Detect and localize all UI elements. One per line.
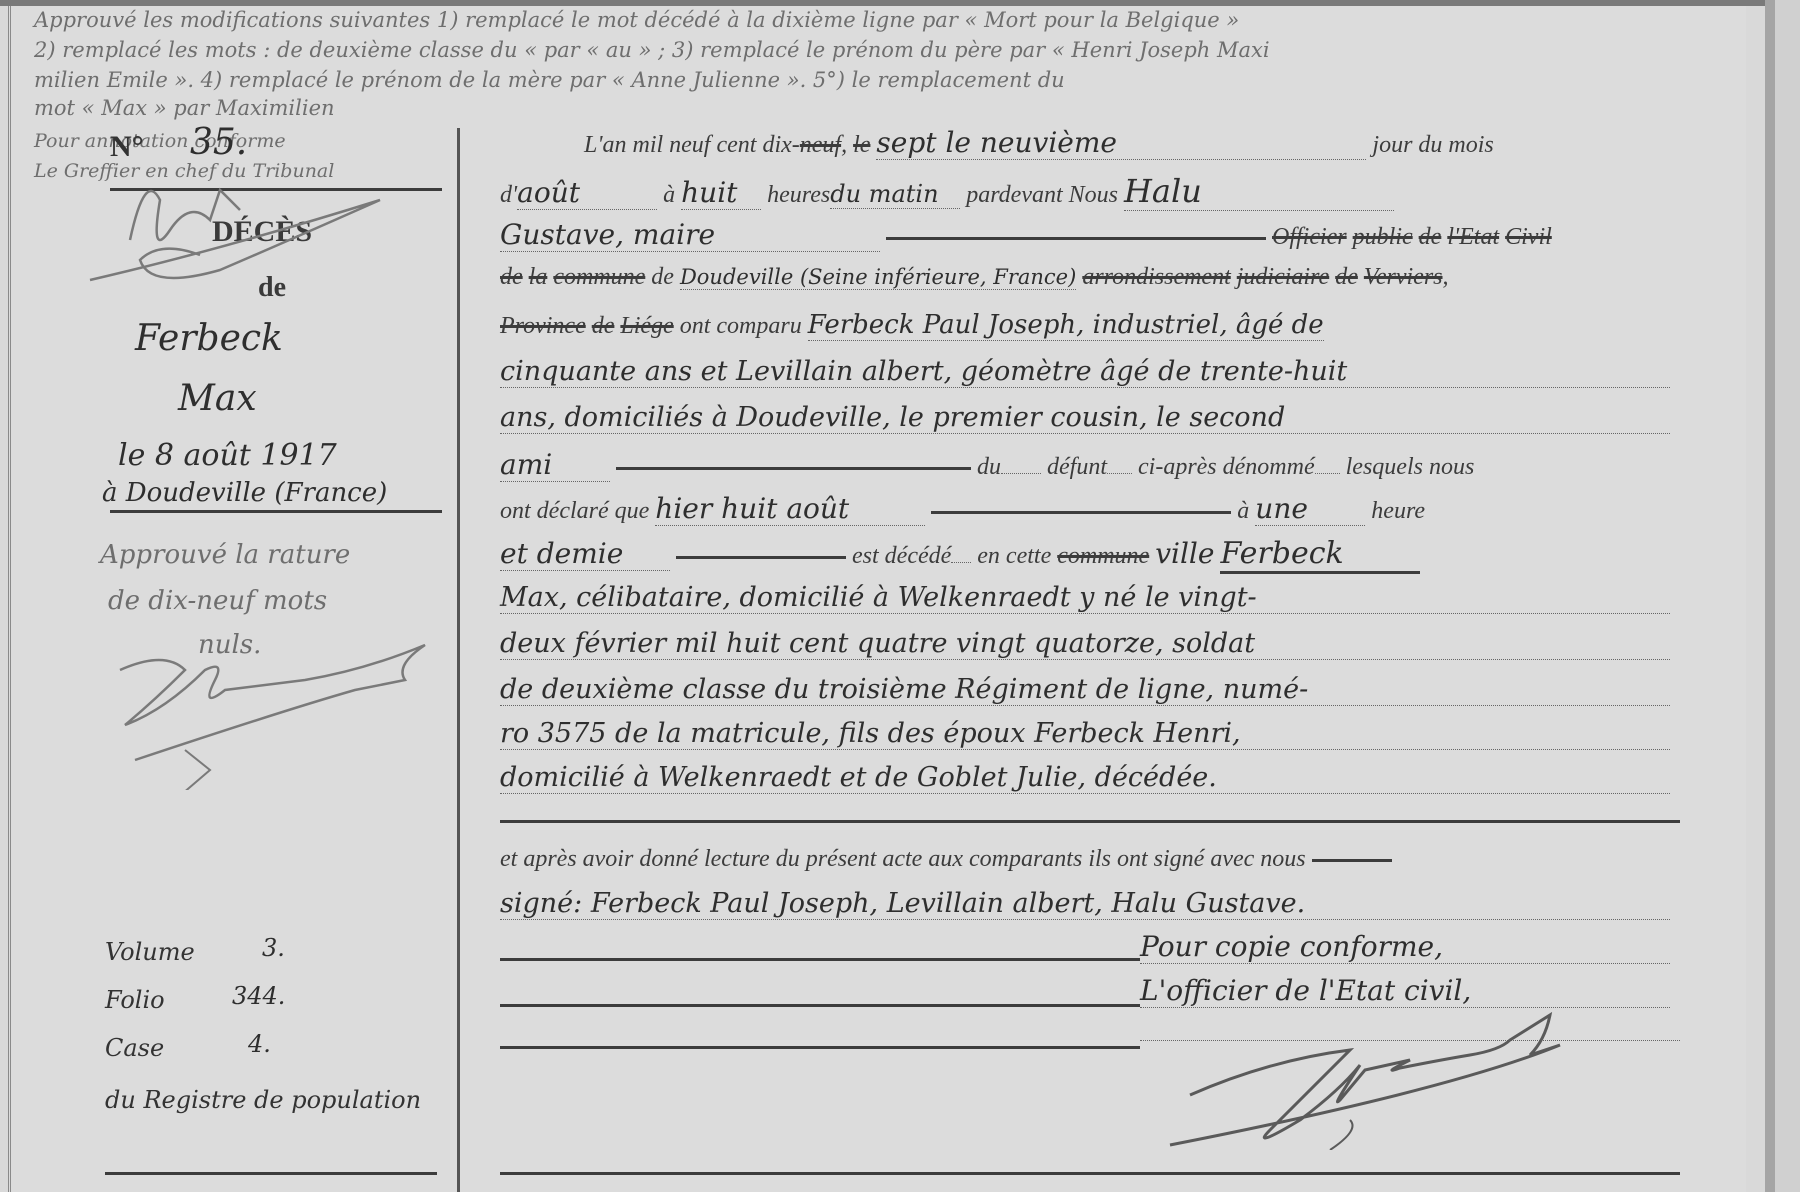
greffier-signature [70, 160, 390, 310]
act-line-2: d'août à huit heuresdu matin pardevant N… [500, 172, 1394, 211]
handwritten-entry: deux février mil huit cent quatre vingt … [500, 628, 1670, 660]
fill-rule [886, 237, 1266, 240]
act-line-13: de deuxième classe du troisième Régiment… [500, 674, 1670, 706]
struck-text: Province [500, 313, 586, 339]
printed-text: d' [500, 182, 517, 208]
fill-rule [676, 556, 846, 559]
register-label: du Registre de population [105, 1086, 421, 1114]
struck-text: de [1335, 264, 1358, 290]
printed-text: lesquels nous [1346, 454, 1475, 480]
place-underline [110, 510, 442, 513]
handwritten-entry: Pour copie conforme, [1140, 930, 1670, 964]
printed-text: est décédé [852, 543, 951, 569]
marginal-annotation-line-4: mot « Max » par Maximilien [34, 96, 335, 120]
struck-text: commune [1057, 543, 1149, 569]
handwritten-entry: ville [1155, 537, 1214, 570]
printed-text: heure [1371, 498, 1425, 524]
act-line-18: Pour copie conforme, [1140, 930, 1670, 964]
fill-rule [500, 958, 1140, 961]
officer-signature [1150, 1000, 1650, 1150]
act-line-4: de la commune de Doudeville (Seine infér… [500, 264, 1449, 291]
handwritten-entry: huit [681, 176, 761, 210]
handwritten-entry: Halu [1124, 172, 1394, 211]
act-line-11: Max, célibataire, domicilié à Welkenraed… [500, 582, 1670, 614]
printed-text: L'an mil neuf cent dix- [584, 132, 800, 158]
fill-rule [616, 467, 971, 470]
act-line-6: cinquante ans et Levillain albert, géomè… [500, 356, 1670, 388]
marginal-annotation-line-1: Approuvé les modifications suivantes 1) … [34, 8, 1239, 32]
handwritten-entry: du matin [830, 180, 960, 209]
act-line-10: et demie est décédé en cette commune vil… [500, 536, 1420, 574]
printed-text: ont comparu [680, 313, 802, 339]
struck-text: public [1353, 224, 1413, 250]
struck-text: neuf [800, 132, 841, 158]
marginal-annotation-line-3: milien Emile ». 4) remplacé le prénom de… [34, 68, 1065, 92]
page-binding-edge [1765, 0, 1775, 1192]
handwritten-entry: sept le neuvième [876, 126, 1366, 160]
act-number-value: 35. [190, 122, 247, 163]
deceased-surname: Ferbeck [135, 318, 283, 359]
struck-text: Civil [1505, 224, 1552, 250]
printed-text: en cette [977, 543, 1051, 569]
handwritten-entry: une [1255, 492, 1365, 526]
struck-text: de [1419, 224, 1442, 250]
act-line-16: et après avoir donné lecture du présent … [500, 846, 1392, 873]
fill-rule [1312, 859, 1392, 862]
register-underline [105, 1172, 437, 1175]
act-line-12: deux février mil huit cent quatre vingt … [500, 628, 1670, 660]
deceased-name-entry: Ferbeck [1220, 536, 1420, 574]
case-label: Case [105, 1034, 164, 1062]
act-number-label: N° [110, 130, 144, 164]
handwritten-entry: Ferbeck Paul Joseph, industriel, âgé de [808, 310, 1324, 341]
left-margin-signature [105, 640, 435, 790]
struck-text: de [592, 313, 615, 339]
printed-text: ont déclaré que [500, 498, 649, 524]
struck-text: Liége [620, 313, 673, 339]
struck-text: judiciaire [1237, 264, 1329, 290]
printed-text: à [1237, 498, 1249, 524]
handwritten-entry: ami [500, 448, 610, 482]
handwritten-entry: ans, domiciliés à Doudeville, le premier… [500, 402, 1670, 434]
struck-text: Officier [1272, 224, 1347, 250]
struck-text: de [500, 264, 523, 290]
printed-text: défunt [1047, 454, 1107, 480]
printed-text: , [1443, 264, 1449, 290]
handwritten-entry: hier huit août [655, 492, 925, 526]
struck-text: Verviers [1364, 264, 1443, 290]
approval-note-line-1: Approuvé la rature [100, 540, 350, 570]
printed-text: à [663, 182, 675, 208]
case-value: 4. [248, 1030, 271, 1058]
struck-text: commune [553, 264, 645, 290]
act-line-9: ont déclaré que hier huit août à une heu… [500, 492, 1425, 526]
act-line-14: ro 3575 de la matricule, fils des époux … [500, 718, 1670, 750]
printed-text: de [651, 264, 674, 290]
marginal-annotation-line-2: 2) remplacé les mots : de deuxième class… [34, 38, 1270, 62]
handwritten-entry: signé: Ferbeck Paul Joseph, Levillain al… [500, 888, 1670, 920]
printed-text: jour du mois [1372, 132, 1493, 158]
struck-text: l'Etat [1447, 224, 1499, 250]
next-page-edge [1775, 0, 1800, 1192]
handwritten-entry: cinquante ans et Levillain albert, géomè… [500, 356, 1670, 388]
bottom-rule [500, 1172, 1680, 1175]
printed-text: pardevant Nous [966, 182, 1118, 208]
struck-text: arrondissement [1082, 264, 1230, 290]
act-line-15: domicilié à Welkenraedt et de Goblet Jul… [500, 762, 1670, 794]
death-place: à Doudeville (France) [102, 478, 387, 508]
handwritten-entry: août [517, 176, 657, 210]
deceased-first-name: Max [178, 378, 257, 419]
act-line-5: Province de Liége ont comparu Ferbeck Pa… [500, 310, 1324, 341]
handwritten-entry: ro 3575 de la matricule, fils des époux … [500, 718, 1670, 750]
folio-value: 344. [232, 982, 285, 1010]
death-date: le 8 août 1917 [118, 438, 337, 473]
printed-text: , [841, 132, 847, 158]
handwritten-entry: Gustave, maire [500, 218, 880, 252]
approval-note-line-2: de dix-neuf mots [108, 586, 327, 616]
folio-label: Folio [105, 986, 165, 1014]
fill-rule [500, 1046, 1140, 1049]
act-line-7: ans, domiciliés à Doudeville, le premier… [500, 402, 1670, 434]
struck-text: la [529, 264, 548, 290]
printed-text: et après avoir donné lecture du présent … [500, 846, 1306, 872]
volume-label: Volume [105, 938, 195, 966]
handwritten-entry: Doudeville (Seine inférieure, France) [680, 265, 1076, 290]
handwritten-entry: de deuxième classe du troisième Régiment… [500, 674, 1670, 706]
act-line-3: Gustave, maire Officier public de l'Etat… [500, 218, 1552, 252]
printed-text: heures [767, 182, 830, 208]
handwritten-entry: Max, célibataire, domicilié à Welkenraed… [500, 582, 1670, 614]
act-line-17: signé: Ferbeck Paul Joseph, Levillain al… [500, 888, 1670, 920]
struck-text: le [853, 132, 870, 158]
printed-text: ci-après dénommé [1138, 454, 1315, 480]
act-line-8: ami du défunt ci-après dénommé lesquels … [500, 448, 1474, 482]
volume-value: 3. [262, 934, 285, 962]
section-rule [500, 820, 1680, 823]
fill-rule [500, 1004, 1140, 1007]
printed-text: du [977, 454, 1001, 480]
act-line-1: L'an mil neuf cent dix-neuf, le sept le … [584, 126, 1494, 160]
handwritten-entry: domicilié à Welkenraedt et de Goblet Jul… [500, 762, 1670, 794]
handwritten-entry: et demie [500, 537, 670, 571]
column-divider [457, 128, 460, 1192]
certification-line-1: Pour annotation conforme [34, 130, 286, 152]
fill-rule [931, 511, 1231, 514]
